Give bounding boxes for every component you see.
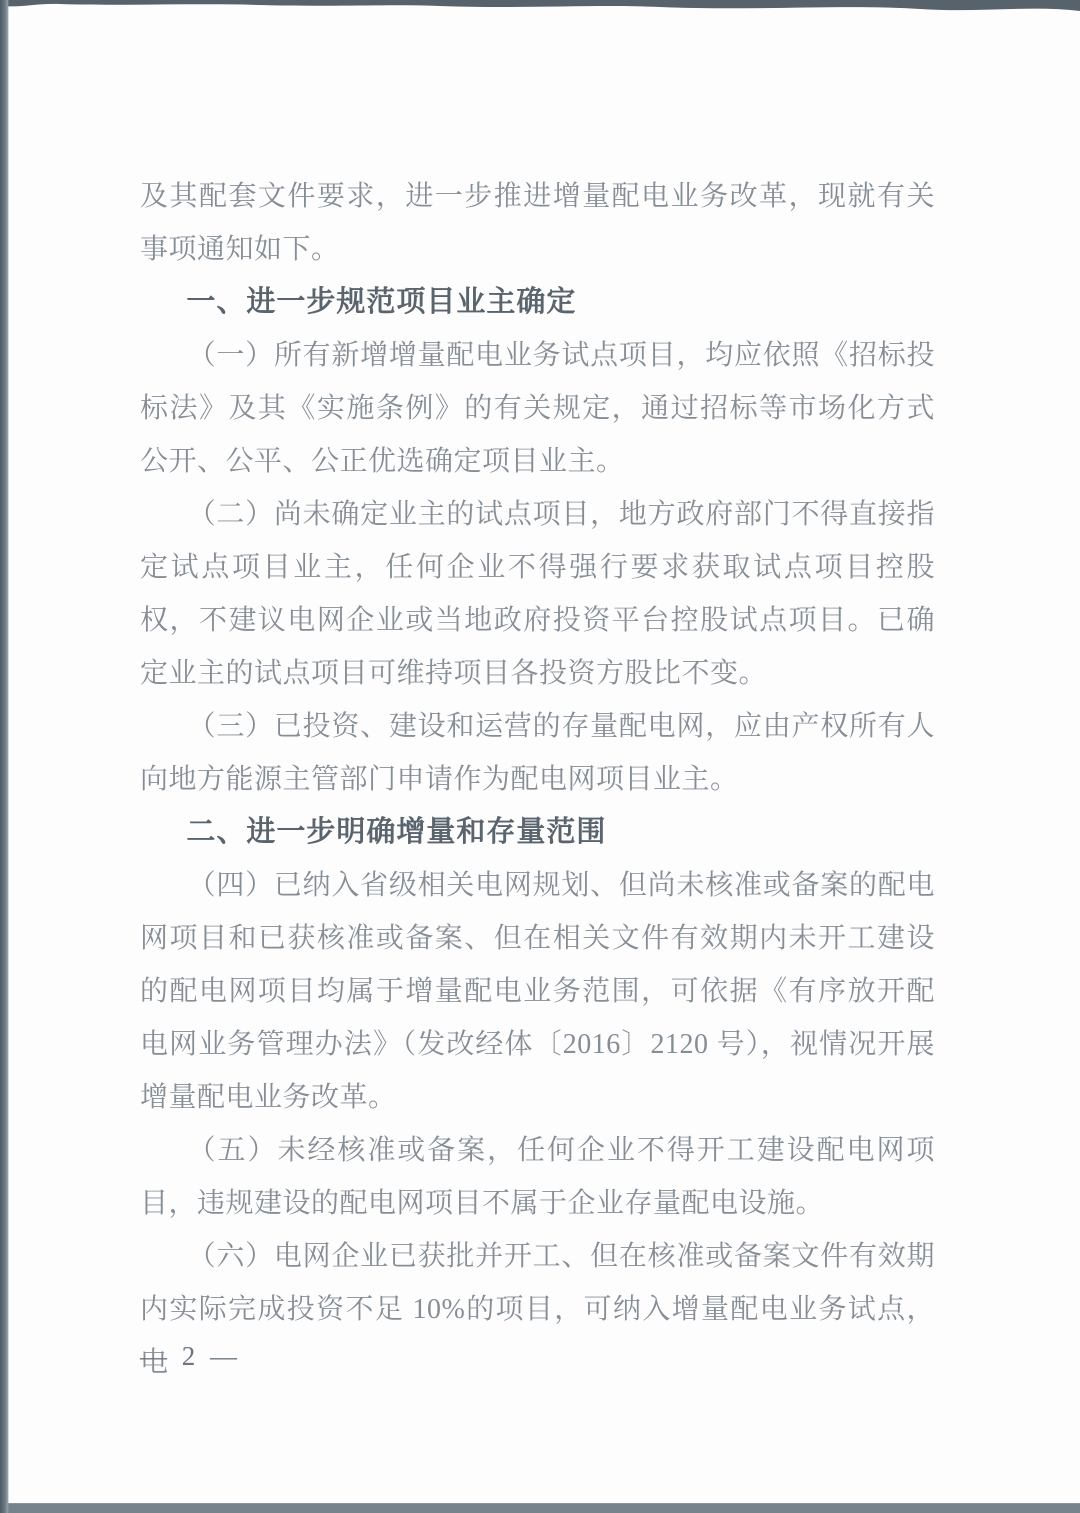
paragraph-item-1: （一）所有新增增量配电业务试点项目，均应依照《招标投标法》及其《实施条例》的有关… — [140, 329, 935, 488]
paragraph-item-4: （四）已纳入省级相关电网规划、但尚未核准或备案的配电网项目和已获核准或备案、但在… — [140, 859, 935, 1124]
section-heading-1: 一、进一步规范项目业主确定 — [140, 276, 935, 329]
paragraph-item-3: （三）已投资、建设和运营的存量配电网，应由产权所有人向地方能源主管部门申请作为配… — [140, 700, 935, 806]
paragraph-item-5: （五）未经核准或备案，任何企业不得开工建设配电网项目，违规建设的配电网项目不属于… — [140, 1124, 935, 1230]
scan-edge-bottom — [0, 1503, 1080, 1513]
paragraph-intro-continuation: 及其配套文件要求，进一步推进增量配电业务改革，现就有关事项通知如下。 — [140, 170, 935, 276]
document-text-block: 及其配套文件要求，进一步推进增量配电业务改革，现就有关事项通知如下。 一、进一步… — [140, 170, 935, 1389]
paragraph-item-6: （六）电网企业已获批并开工、但在核准或备案文件有效期内实际完成投资不足 10%的… — [140, 1230, 935, 1389]
scan-edge-top — [0, 0, 1080, 16]
section-heading-2: 二、进一步明确增量和存量范围 — [140, 806, 935, 859]
scan-edge-left — [0, 0, 9, 1513]
paragraph-item-2: （二）尚未确定业主的试点项目，地方政府部门不得直接指定试点项目业主，任何企业不得… — [140, 488, 935, 700]
page-number: — 2 — — [140, 1338, 241, 1374]
